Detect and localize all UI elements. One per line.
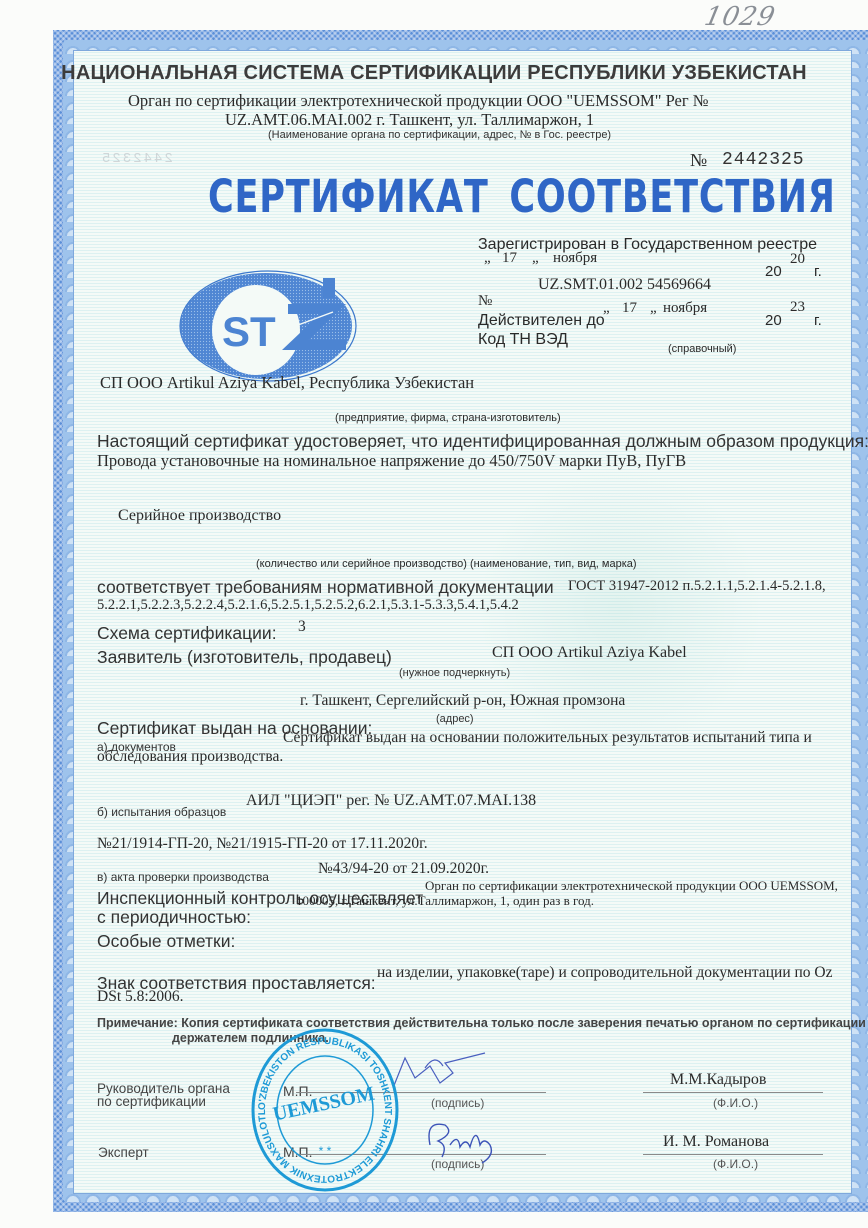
conformity-mark-line2: DSt 5.8:2006.	[97, 988, 184, 1006]
valid-close-quote: „	[650, 300, 657, 317]
certifies-statement: Настоящий сертификат удостоверяет, что и…	[97, 431, 868, 452]
national-system-heading: НАЦИОНАЛЬНАЯ СИСТЕМА СЕРТИФИКАЦИИ РЕСПУБ…	[0, 62, 868, 85]
registration-title: Зарегистрирован в Государственном реестр…	[478, 236, 817, 254]
valid-until-label: Действителен до	[478, 312, 605, 330]
scheme-value: 3	[298, 618, 306, 636]
product-name: Провода установочные на номинальное напр…	[97, 451, 686, 471]
uzstandard-logo-icon: ST	[178, 268, 358, 384]
handwritten-archive-number: 1029	[702, 2, 779, 32]
tests-label: б) испытания образцов	[97, 805, 226, 819]
reg-year: 20	[790, 251, 805, 268]
expert-signature-icon	[420, 1115, 510, 1165]
head-name: М.М.Кадыров	[670, 1071, 766, 1089]
applicant-label: Заявитель (изготовитель, продавец)	[97, 647, 392, 668]
certification-body-caption: (Наименование органа по сертификации, ад…	[268, 129, 611, 141]
head-signature-caption: (подпись)	[431, 1096, 484, 1110]
svg-text:ST: ST	[222, 308, 276, 355]
svg-text:* *: * *	[319, 1144, 332, 1158]
certification-body-line1: Орган по сертификации электротехнической…	[128, 91, 709, 111]
producer-name: СП ООО Artikul Aziya Kabel, Республика У…	[100, 373, 474, 393]
tn-ved-caption: (справочный)	[668, 343, 736, 355]
tn-ved-label: Код ТН ВЭД	[478, 331, 568, 349]
normative-docs-line1: ГОСТ 31947-2012 п.5.2.1.1,5.2.1.4-5.2.1.…	[568, 578, 826, 595]
registry-number-label: №	[478, 293, 492, 310]
producer-caption: (предприятие, фирма, страна-изготовитель…	[335, 412, 561, 424]
scheme-label: Схема сертификации:	[97, 623, 277, 644]
basis-docs-line2: обследования производства.	[97, 748, 283, 766]
certificate-title: СЕРТИФИКАТ СООТВЕТСТВИЯ	[208, 170, 836, 223]
tests-protocols: №21/1914-ГП-20, №21/1915-ГП-20 от 17.11.…	[97, 835, 428, 853]
svg-text:UEMSSOM: UEMSSOM	[271, 1083, 377, 1126]
faded-serial-number: 2442325	[100, 151, 173, 167]
inspection-act-label: в) акта проверки производства	[97, 870, 269, 884]
reg-day: 17	[502, 250, 517, 267]
inspection-act-value: №43/94-20 от 21.09.2020г.	[318, 860, 489, 878]
special-notes-label: Особые отметки:	[97, 931, 235, 952]
note-line1: Примечание: Копия сертификата соответств…	[97, 1016, 868, 1030]
expert-name: И. М. Романова	[663, 1133, 769, 1151]
applicant-address: г. Ташкент, Сергелийский р-он, Южная про…	[300, 692, 625, 710]
reg-close-quote: „	[532, 250, 539, 267]
production-type: Серийное производство	[118, 507, 281, 525]
certification-body-line2: UZ.AMT.06.MAI.002 г. Ташкент, ул. Таллим…	[225, 110, 594, 130]
valid-month: ноября	[663, 300, 707, 317]
compliance-label: соответствует требованиям нормативной до…	[97, 577, 554, 598]
basis-docs-line1: Сертификат выдан на основании положитель…	[283, 729, 812, 747]
uemssom-stamp: O'ZBEKISTON RESPUBLIKASI TOSHKENT SHAHRI…	[250, 1025, 400, 1195]
tests-lab: АИЛ "ЦИЭП" рег. № UZ.AMT.07.MAI.138	[246, 792, 536, 810]
certificate-number: 2442325	[722, 150, 805, 170]
inspection-value-line1: Орган по сертификации электротехнической…	[425, 878, 838, 894]
reg-year-suffix: г.	[814, 263, 822, 280]
inspection-label-line2: с периодичностью:	[97, 907, 251, 928]
normative-docs-line2: 5.2.2.1,5.2.2.3,5.2.2.4,5.2.1.6,5.2.5.1,…	[97, 597, 519, 614]
applicant-name: СП ООО Artikul Aziya Kabel	[492, 644, 687, 662]
expert-label: Эксперт	[98, 1145, 149, 1160]
applicant-caption: (нужное подчеркнуть)	[399, 667, 510, 679]
valid-century: 20	[765, 312, 782, 329]
conformity-mark-line1: на изделии, упаковке(таре) и сопроводите…	[377, 964, 833, 982]
head-signature-icon	[385, 1048, 535, 1098]
inspection-value-line2: 100005, г.Ташкент, ул.Таллимаржон, 1, од…	[296, 893, 594, 909]
valid-year-suffix: г.	[814, 312, 822, 329]
address-caption: (адрес)	[436, 713, 474, 725]
registry-number: UZ.SMT.01.002 54569664	[538, 276, 711, 294]
head-fio-caption: (Ф.И.О.)	[713, 1096, 758, 1110]
product-caption: (количество или серийное производство) (…	[256, 558, 637, 570]
reg-open-quote: „	[484, 250, 491, 267]
valid-year: 23	[790, 299, 805, 316]
expert-name-line	[643, 1154, 823, 1155]
valid-open-quote: „	[603, 300, 610, 317]
reg-month: ноября	[553, 250, 597, 267]
certificate-number-label: №	[690, 150, 707, 171]
expert-fio-caption: (Ф.И.О.)	[713, 1157, 758, 1171]
valid-day: 17	[622, 300, 637, 317]
head-name-line	[643, 1092, 823, 1093]
head-label-line2: по сертификации	[97, 1094, 206, 1109]
reg-century: 20	[765, 263, 782, 280]
